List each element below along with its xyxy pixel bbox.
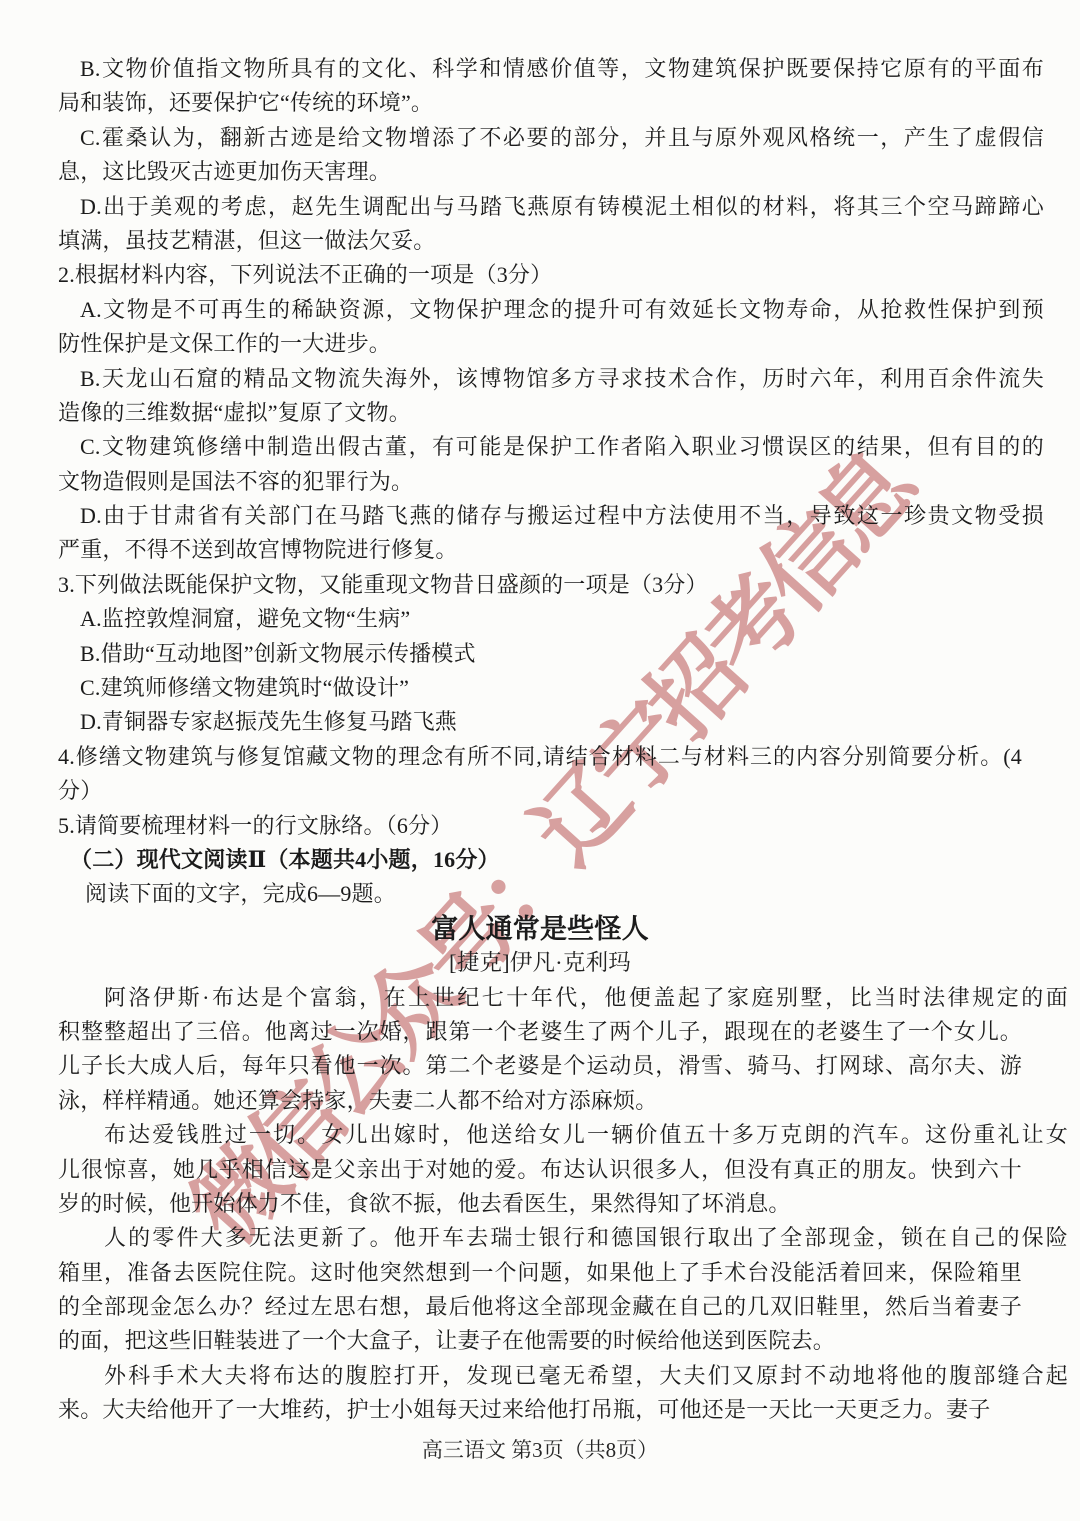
question-2-line-1: 2.根据材料内容，下列说法不正确的一项是（3分） [58,258,1022,292]
q3-option-B-line-1: B.借助“互动地图”创新文物展示传播模式 [58,637,1044,671]
passage-para-2-line-2: 儿很惊喜，她几乎相信这是父亲出于对她的爱。布达认识很多人，但没有真正的朋友。快到… [58,1153,1022,1187]
q2-option-A-line-1: A.文物是不可再生的稀缺资源，文物保护理念的提升可有效延长文物寿命，从抢救性保护… [58,293,1044,327]
passage-para-2-line-1: 布达爱钱胜过一切。女儿出嫁时，他送给女儿一辆价值五十多万克朗的汽车。这份重礼让女 [58,1118,1068,1152]
q2-option-B-line-2: 造像的三维数据“虚拟”复原了文物。 [58,396,1022,430]
option-C-line-2: 息，这比毁灭古迹更加伤天害理。 [58,155,1022,189]
question-3-line-1: 3.下列做法既能保护文物，又能重现文物昔日盛颜的一项是（3分） [58,568,1022,602]
passage-para-4-line-2: 来。大夫给他开了一大堆药，护士小姐每天过来给他打吊瓶，可他还是一天比一天更乏力。… [58,1393,1022,1427]
q2-option-A-line-2: 防性保护是文保工作的一大进步。 [58,327,1022,361]
passage-para-1-line-2: 积整整超出了三倍。他离过一次婚，跟第一个老婆生了两个儿子，跟现在的老婆生了一个女… [58,1015,1022,1049]
passage-para-2-line-3: 岁的时候，他开始体力不佳，食欲不振，他去看医生，果然得知了坏消息。 [58,1187,1022,1221]
q2-option-C-line-1: C.文物建筑修缮中制造出假古董，有可能是保护工作者陷入职业习惯误区的结果，但有目… [58,430,1044,464]
passage-author-line-1: [捷克]伊凡·克利玛 [58,946,1022,980]
option-D-line-2: 填满，虽技艺精湛，但这一做法欠妥。 [58,224,1022,258]
passage-para-3-line-2: 箱里，准备去医院住院。这时他突然想到一个问题，如果他上了手术台没能活着回来，保险… [58,1256,1022,1290]
q2-option-D-line-2: 严重，不得不送到故宫博物院进行修复。 [58,533,1022,567]
passage-para-4-line-1: 外科手术大夫将布达的腹腔打开，发现已毫无希望，大夫们又原封不动地将他的腹部缝合起 [58,1359,1068,1393]
q2-option-D-line-1: D.由于甘肃省有关部门在马踏飞燕的储存与搬运过程中方法使用不当，导致这一珍贵文物… [58,499,1044,533]
passage-para-1-line-3: 儿子长大成人后，每年只看他一次。第二个老婆是个运动员，滑雪、骑马、打网球、高尔夫… [58,1049,1022,1083]
reading-instruction-line-1: 阅读下面的文字，完成6—9题。 [58,877,1049,911]
q3-option-D-line-1: D.青铜器专家赵振茂先生修复马踏飞燕 [58,705,1044,739]
passage-para-1-line-4: 泳，样样精通。她还算会持家，夫妻二人都不给对方添麻烦。 [58,1084,1022,1118]
q3-option-A-line-1: A.监控敦煌洞窟，避免文物“生病” [58,602,1044,636]
page-body-text: B.文物价值指文物所具有的文化、科学和情感价值等，文物建筑保护既要保持它原有的平… [0,0,1080,1428]
question-4-line-2: 分） [58,774,1022,808]
passage-para-3-line-1: 人的零件大多无法更新了。他开车去瑞士银行和德国银行取出了全部现金，锁在自己的保险 [58,1221,1068,1255]
passage-para-3-line-3: 的全部现金怎么办？经过左思右想，最后他将这全部现金藏在自己的几双旧鞋里，然后当着… [58,1290,1022,1324]
q2-option-B-line-1: B.天龙山石窟的精品文物流失海外，该博物馆多方寻求技术合作，历时六年，利用百余件… [58,362,1044,396]
exam-paper-page: 微信公众号：辽宁招考信息 B.文物价值指文物所具有的文化、科学和情感价值等，文物… [0,0,1080,1521]
question-4-line-1: 4.修缮文物建筑与修复馆藏文物的理念有所不同,请结合材料二与材料三的内容分别简要… [58,740,1022,774]
passage-para-3-line-4: 的面，把这些旧鞋装进了一个大盒子，让妻子在他需要的时候给他送到医院去。 [58,1324,1022,1358]
page-footer: 高三语文 第3页（共8页） [58,1434,1022,1464]
option-C-line-1: C.霍桑认为，翻新古迹是给文物增添了不必要的部分，并且与原外观风格统一，产生了虚… [58,121,1044,155]
q3-option-C-line-1: C.建筑师修缮文物建筑时“做设计” [58,671,1044,705]
passage-para-1-line-1: 阿洛伊斯·布达是个富翁，在上世纪七十年代，他便盖起了家庭别墅，比当时法律规定的面 [58,981,1068,1015]
passage-title-line-1: 富人通常是些怪人 [58,912,1022,946]
option-B-line-1: B.文物价值指文物所具有的文化、科学和情感价值等，文物建筑保护既要保持它原有的平… [58,52,1044,86]
question-5-line-1: 5.请简要梳理材料一的行文脉络。（6分） [58,809,1022,843]
q2-option-C-line-2: 文物造假则是国法不容的犯罪行为。 [58,465,1022,499]
option-B-line-2: 局和装饰，还要保护它“传统的环境”。 [58,86,1022,120]
option-D-line-1: D.出于美观的考虑，赵先生调配出与马踏飞燕原有铸模泥土相似的材料，将其三个空马蹄… [58,190,1044,224]
section-heading-line-1: （二）现代文阅读Ⅱ（本题共4小题，16分） [58,843,1034,877]
